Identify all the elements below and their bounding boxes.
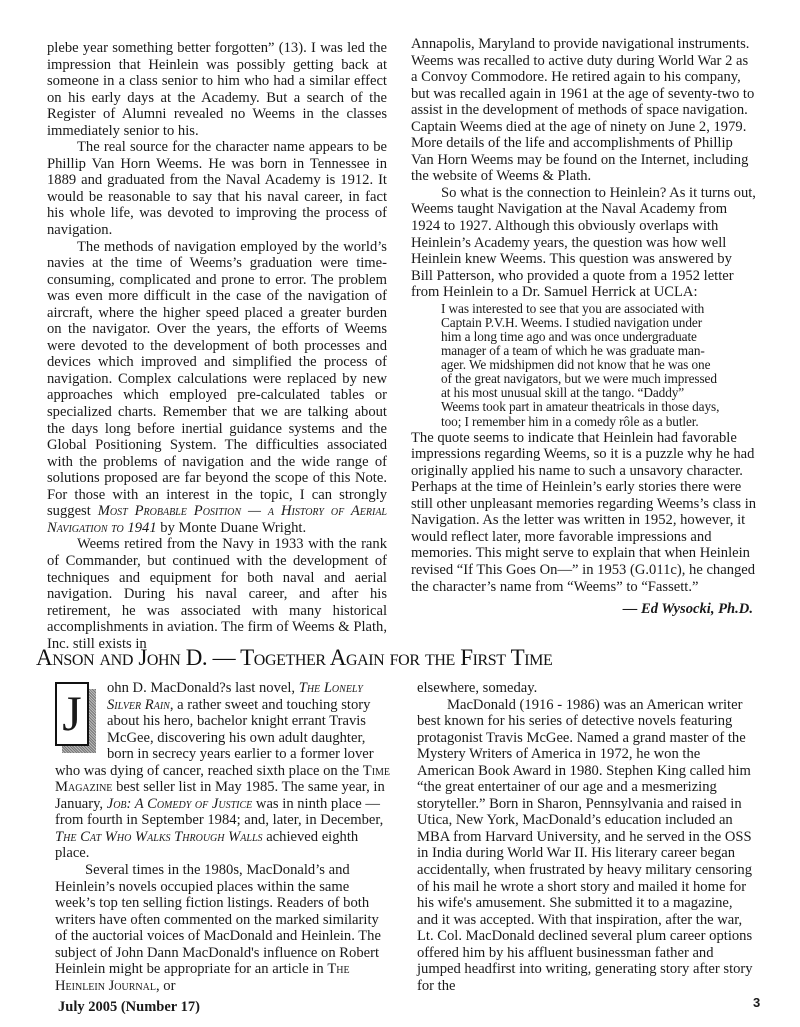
paragraph: elsewhere, someday.: [417, 680, 757, 697]
paragraph-text: by Monte Duane Wright.: [157, 520, 307, 536]
paragraph: The quote seems to indicate that Heinlei…: [411, 430, 757, 595]
paragraph-text: , or: [156, 978, 175, 994]
author-byline: — Ed Wysocki, Ph.D.: [411, 601, 757, 618]
paragraph: The real source for the character name a…: [47, 139, 387, 238]
paragraph: plebe year something better forgotten” (…: [47, 40, 387, 139]
book-title: The Cat Who Walks Through Walls: [55, 829, 263, 845]
article2-left-column: J ohn D. MacDonald?s last novel, The Lon…: [55, 680, 391, 994]
article1-right-column: Annapolis, Maryland to provide navigatio…: [411, 36, 757, 618]
quote-line: Weems took part in amateur theatricals i…: [441, 400, 757, 414]
quote-line: too; I remember him in a comedy rôle as …: [441, 415, 757, 429]
quote-line: of the great navigators, but we were muc…: [441, 372, 757, 386]
drop-cap-letter: J: [55, 682, 89, 746]
book-title: Job: A Comedy of Justice: [107, 796, 253, 812]
quote-line: manager of a team of which he was gradua…: [441, 344, 757, 358]
page-number: 3: [753, 995, 760, 1010]
paragraph: The methods of navigation employed by th…: [47, 239, 387, 537]
quote-line: I was interested to see that you are ass…: [441, 302, 757, 316]
paragraph-text: Several times in the 1980s, MacDonald’s …: [55, 862, 381, 977]
paragraph: MacDonald (1916 - 1986) was an American …: [417, 697, 757, 995]
paragraph-text: The methods of navigation employed by th…: [47, 239, 387, 520]
article-heading: Anson and John D. — Together Again for t…: [36, 645, 552, 671]
drop-cap: J: [55, 682, 99, 754]
issue-footer: July 2005 (Number 17): [58, 999, 200, 1016]
quote-line: ager. We midshipmen did not know that he…: [441, 358, 757, 372]
quote-line: at his most unusual skill at the tango. …: [441, 386, 757, 400]
quote-line: Captain P.V.H. Weems. I studied navigati…: [441, 316, 757, 330]
article2-right-column: elsewhere, someday. MacDonald (1916 - 19…: [417, 680, 757, 994]
paragraph: ohn D. MacDonald?s last novel, The Lonel…: [55, 680, 391, 862]
paragraph: Several times in the 1980s, MacDonald’s …: [55, 862, 391, 994]
paragraph-text: , a rather sweet and touching story abou…: [55, 697, 374, 779]
paragraph-text: ohn D. MacDonald?s last novel,: [107, 680, 299, 696]
paragraph: Weems retired from the Navy in 1933 with…: [47, 536, 387, 652]
block-quote: I was interested to see that you are ass…: [411, 302, 757, 429]
paragraph: Annapolis, Maryland to provide navigatio…: [411, 36, 757, 185]
article1-left-column: plebe year something better forgotten” (…: [47, 40, 387, 652]
paragraph: So what is the connection to Heinlein? A…: [411, 185, 757, 301]
quote-line: him a long time ago and was once undergr…: [441, 330, 757, 344]
